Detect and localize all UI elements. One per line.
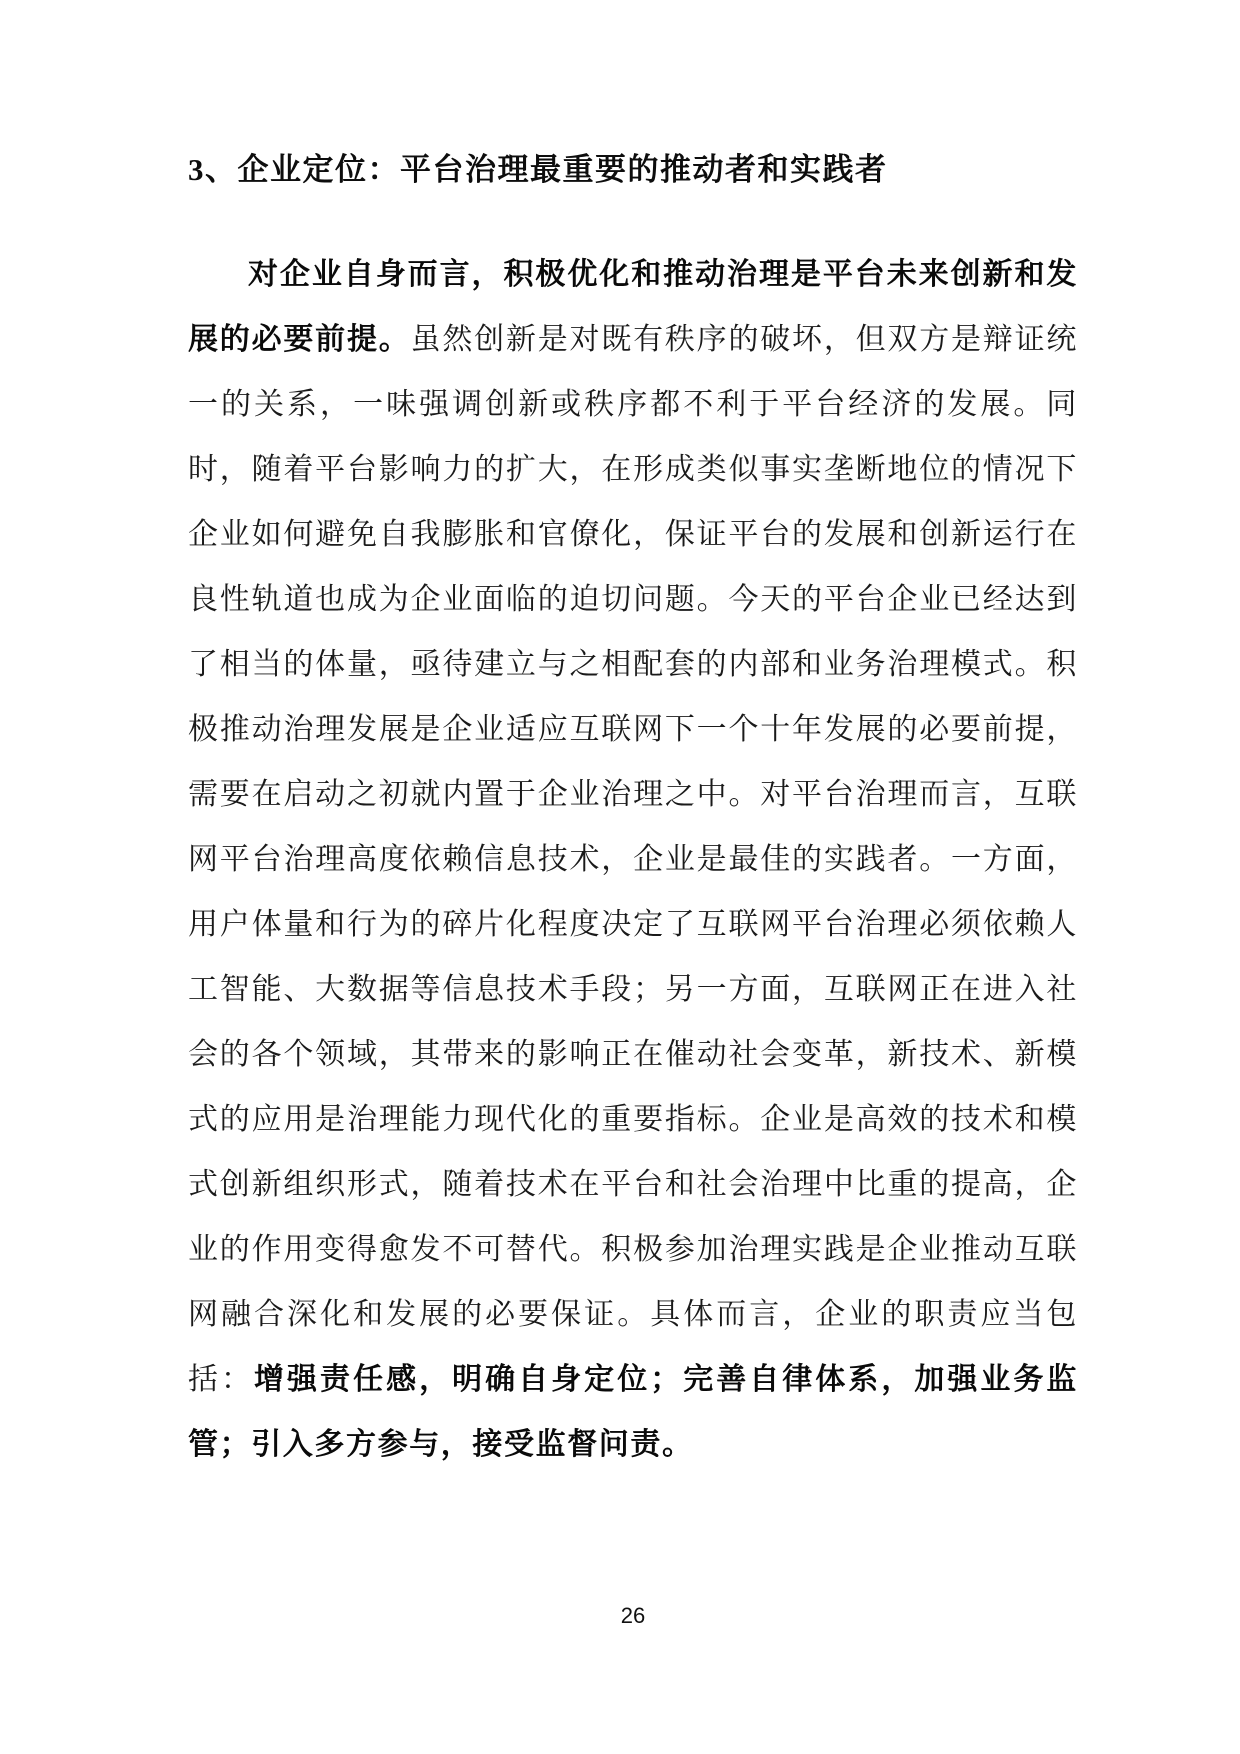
document-page: 3、企业定位：平台治理最重要的推动者和实践者 对企业自身而言，积极优化和推动治理…	[0, 0, 1240, 1754]
section-heading: 3、企业定位：平台治理最重要的推动者和实践者	[188, 148, 1088, 192]
page-number: 26	[188, 1601, 1078, 1631]
paragraph-body-text: 虽然创新是对既有秩序的破坏，但双方是辩证统一的关系，一味强调创新或秩序都不利于平…	[188, 323, 1078, 1396]
paragraph-bold-tail: 增强责任感，明确自身定位；完善自律体系，加强业务监管；引入多方参与，接受监督问责…	[188, 1363, 1078, 1461]
body-paragraph: 对企业自身而言，积极优化和推动治理是平台未来创新和发展的必要前提。虽然创新是对既…	[188, 242, 1078, 1477]
